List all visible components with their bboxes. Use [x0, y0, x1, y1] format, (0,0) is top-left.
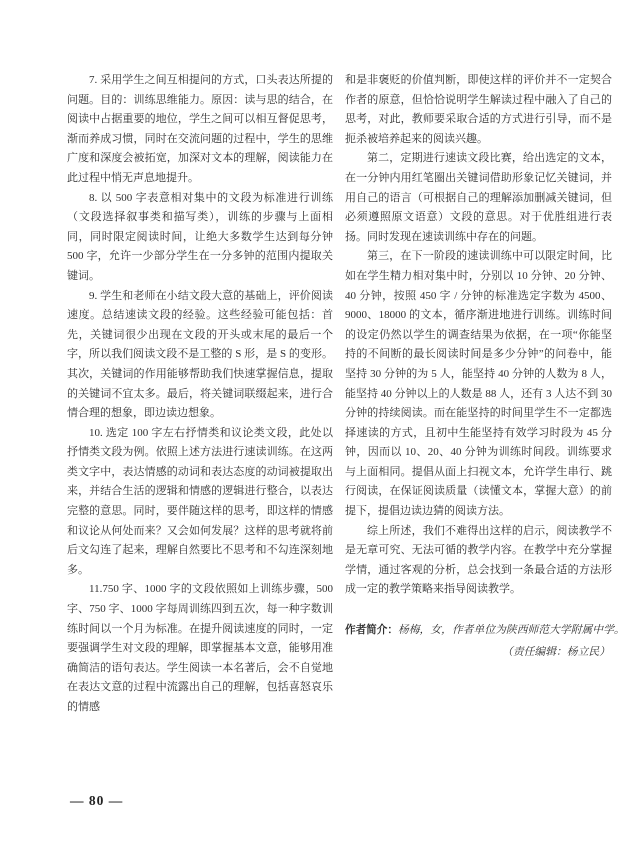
page-number: — 80 —: [70, 793, 123, 809]
paragraph-conclusion: 综上所述，我们不难得出这样的启示，阅读教学不是无章可究、无法可循的教学内容。在教…: [345, 522, 612, 600]
right-text-column: 和是非褒贬的价值判断，即使这样的评价并不一定契合作者的原意，但恰恰说明学生解读过…: [345, 71, 612, 662]
paragraph-item-8: 8. 以 500 字表意相对集中的文段为标准进行训练（文段选择叙事类和描写类），…: [67, 189, 333, 287]
author-bio-text: 杨梅，女，作者单位为陕西师范大学附属中学。: [398, 624, 625, 636]
paragraph-item-10: 10. 选定 100 字左右抒情类和议论类文段，此处以抒情类文段为例。依照上述方…: [67, 424, 333, 581]
author-bio: 作者简介：杨梅，女，作者单位为陕西师范大学附属中学。: [345, 621, 612, 641]
paragraph-item-7: 7. 采用学生之间互相提问的方式，口头表达所提的问题。目的：训练思维能力。原因：…: [67, 71, 333, 189]
editor-note: （责任编辑：杨立民）: [345, 643, 612, 663]
author-bio-label: 作者简介：: [345, 624, 398, 636]
author-block: 作者简介：杨梅，女，作者单位为陕西师范大学附属中学。 （责任编辑：杨立民）: [345, 621, 612, 662]
paragraph-second-point: 第二，定期进行速读文段比赛，给出选定的文本，在一分钟内用红笔圈出关键词借助形象记…: [345, 149, 612, 247]
journal-page: 7. 采用学生之间互相提问的方式，口头表达所提的问题。目的：训练思维能力。原因：…: [0, 0, 641, 863]
paragraph-continuation: 和是非褒贬的价值判断，即使这样的评价并不一定契合作者的原意，但恰恰说明学生解读过…: [345, 71, 612, 149]
paragraph-item-11: 11.750 字、1000 字的文段依照如上训练步骤，500 字、750 字、1…: [67, 580, 333, 717]
paragraph-third-point: 第三，在下一阶段的速读训练中可以限定时间，比如在学生精力相对集中时，分别以 10…: [345, 247, 612, 521]
left-text-column: 7. 采用学生之间互相提问的方式，口头表达所提的问题。目的：训练思维能力。原因：…: [67, 71, 333, 718]
paragraph-item-9: 9. 学生和老师在小结文段大意的基础上，评价阅读速度。总结速读文段的经验。这些经…: [67, 287, 333, 424]
